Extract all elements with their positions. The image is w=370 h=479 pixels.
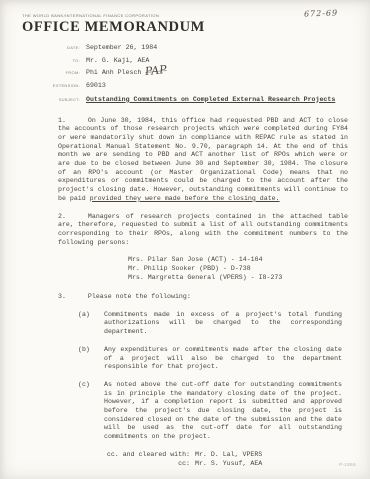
subject-label: SUBJECT:: [22, 97, 86, 102]
to-label: TO:: [22, 58, 86, 63]
form-number: P-1866: [339, 462, 356, 467]
paragraph-3-number: 3.: [58, 293, 66, 300]
note-item-a-label: (a): [78, 311, 104, 337]
memo-body: 1.On June 30, 1984, this office had requ…: [58, 117, 348, 469]
paragraph-2: 2.Managers of research projects containe…: [58, 213, 348, 248]
note-item-c-text: As noted above the cut-off date for outs…: [104, 381, 342, 442]
cc-cleared-label: cc. and cleared with:: [94, 451, 195, 460]
extension-row: EXTENSION: 69013: [22, 82, 370, 89]
contact-acT: Mrs. Pilar San Jose (ACT) - 14-164: [128, 256, 348, 265]
cc-cleared-row: cc. and cleared with: Mr. D. Lal, VPERS: [94, 451, 348, 460]
paragraph-1-text: On June 30, 1984, this office had reques…: [58, 117, 348, 202]
from-label: FROM:: [22, 70, 86, 75]
to-value: Mr. G. Kaji, AEA: [86, 57, 149, 64]
note-item-c-label: (c): [78, 381, 104, 442]
memo-meta: DATE: September 26, 1984 TO: Mr. G. Kaji…: [22, 44, 370, 103]
to-row: TO: Mr. G. Kaji, AEA: [22, 57, 370, 64]
paragraph-3-text: Please note the following:: [88, 293, 191, 300]
paragraph-2-number: 2.: [58, 213, 66, 220]
extension-value: 69013: [86, 82, 106, 89]
cc-block: cc. and cleared with: Mr. D. Lal, VPERS …: [94, 451, 348, 468]
extension-label: EXTENSION:: [22, 83, 86, 88]
handwritten-initials: PAP: [145, 70, 167, 73]
cc-label: cc:: [94, 460, 195, 469]
contact-vpers: Mrs. Margretta General (VPERS) - I8-273: [128, 274, 348, 283]
date-row: DATE: September 26, 1984: [22, 44, 370, 51]
note-item-a-text: Commitments made in excess of a project'…: [104, 311, 342, 337]
note-item-list: (a) Commitments made in excess of a proj…: [78, 311, 348, 442]
paragraph-2-text: Managers of research projects contained …: [58, 213, 348, 246]
note-item-a: (a) Commitments made in excess of a proj…: [78, 311, 348, 337]
from-value: Phi Anh Plesch: [86, 69, 141, 76]
note-item-b-label: (b): [78, 346, 104, 372]
paragraph-1-number: 1.: [58, 117, 66, 124]
memo-title: OFFICE MEMORANDUM: [22, 19, 370, 36]
paragraph-1-underlined-text: provided they were made before the closi…: [90, 195, 280, 202]
date-value: September 26, 1984: [86, 44, 157, 51]
note-item-b-text: Any expenditures or commitments made aft…: [104, 346, 342, 372]
date-label: DATE:: [22, 45, 86, 50]
cc-value: Mr. S. Yusuf, AEA: [195, 460, 262, 469]
subject-value: Outstanding Commitments on Completed Ext…: [86, 96, 335, 103]
cc-row: cc: Mr. S. Yusuf, AEA: [94, 460, 348, 469]
paragraph-1: 1.On June 30, 1984, this office had requ…: [58, 117, 348, 204]
paragraph-3: 3.Please note the following:: [58, 293, 348, 302]
note-item-b: (b) Any expenditures or commitments made…: [78, 346, 348, 372]
subject-row: SUBJECT: Outstanding Commitments on Comp…: [22, 96, 370, 103]
from-row: FROM: Phi Anh Plesch PAP: [22, 69, 370, 76]
contact-list: Mrs. Pilar San Jose (ACT) - 14-164 Mr. P…: [128, 256, 348, 283]
contact-pbd: Mr. Philip Sooker (PBD) - D-738: [128, 265, 348, 274]
handwritten-file-number: 672-69: [304, 8, 338, 18]
cc-cleared-value: Mr. D. Lal, VPERS: [195, 451, 262, 460]
note-item-c: (c) As noted above the cut-off date for …: [78, 381, 348, 442]
memo-page: 672-69 THE WORLD BANK/INTERNATIONAL FINA…: [0, 0, 370, 479]
